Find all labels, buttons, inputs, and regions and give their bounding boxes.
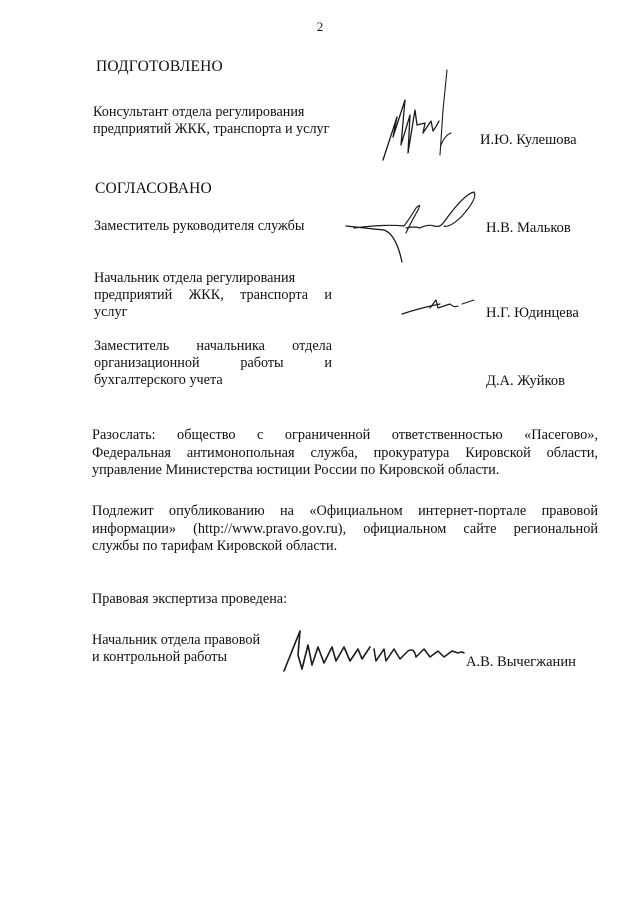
paragraph-line: информации» (http://www.pravo.gov.ru), о…	[92, 521, 598, 539]
position-line: предприятий ЖКК, транспорта и услуг	[93, 121, 333, 138]
position-line: Начальник отдела правовой	[92, 632, 282, 649]
agreed-name-2: Н.Г. Юдинцева	[486, 305, 579, 322]
signature-yudintseva	[400, 296, 475, 318]
paragraph-line: Федеральная антимонопольная служба, прок…	[92, 445, 598, 463]
position-line: Заместитель руководителя службы	[94, 218, 334, 235]
position-line: Начальник отдела регулирования	[94, 270, 332, 287]
paragraph-line: Разослать: общество с ограниченной ответ…	[92, 427, 598, 445]
agreed-heading: СОГЛАСОВАНО	[95, 180, 212, 198]
position-line: услуг	[94, 304, 332, 321]
signature-vychegzhanin	[280, 625, 470, 675]
signature-malkov	[344, 188, 484, 268]
position-line: и контрольной работы	[92, 649, 282, 666]
agreed-position-1: Заместитель руководителя службы	[94, 218, 334, 235]
position-line: Консультант отдела регулирования	[93, 104, 333, 121]
position-line: предприятий ЖКК, транспорта и	[94, 287, 332, 304]
agreed-name-1: Н.В. Мальков	[486, 220, 571, 237]
position-line: организационной работы и	[94, 355, 332, 372]
distribution-paragraph: Разослать: общество с ограниченной ответ…	[92, 427, 598, 480]
legal-review-heading: Правовая экспертиза проведена:	[92, 591, 287, 608]
agreed-position-3: Заместитель начальника отдела организаци…	[94, 338, 332, 389]
publication-paragraph: Подлежит опубликованию на «Официальном и…	[92, 503, 598, 556]
prepared-position: Консультант отдела регулирования предпри…	[93, 104, 333, 138]
page-number: 2	[0, 19, 640, 35]
signature-kuleshova	[375, 65, 475, 165]
agreed-name-3: Д.А. Жуйков	[486, 373, 565, 390]
position-line: Заместитель начальника отдела	[94, 338, 332, 355]
agreed-position-2: Начальник отдела регулирования предприят…	[94, 270, 332, 321]
prepared-heading: ПОДГОТОВЛЕНО	[96, 58, 223, 76]
paragraph-line: Подлежит опубликованию на «Официальном и…	[92, 503, 598, 521]
legal-review-name: А.В. Вычегжанин	[466, 654, 576, 671]
legal-review-position: Начальник отдела правовой и контрольной …	[92, 632, 282, 666]
position-line: бухгалтерского учета	[94, 372, 332, 389]
paragraph-line: управление Министерства юстиции России п…	[92, 462, 598, 480]
prepared-name: И.Ю. Кулешова	[480, 132, 577, 149]
paragraph-line: службы по тарифам Кировской области.	[92, 538, 598, 556]
